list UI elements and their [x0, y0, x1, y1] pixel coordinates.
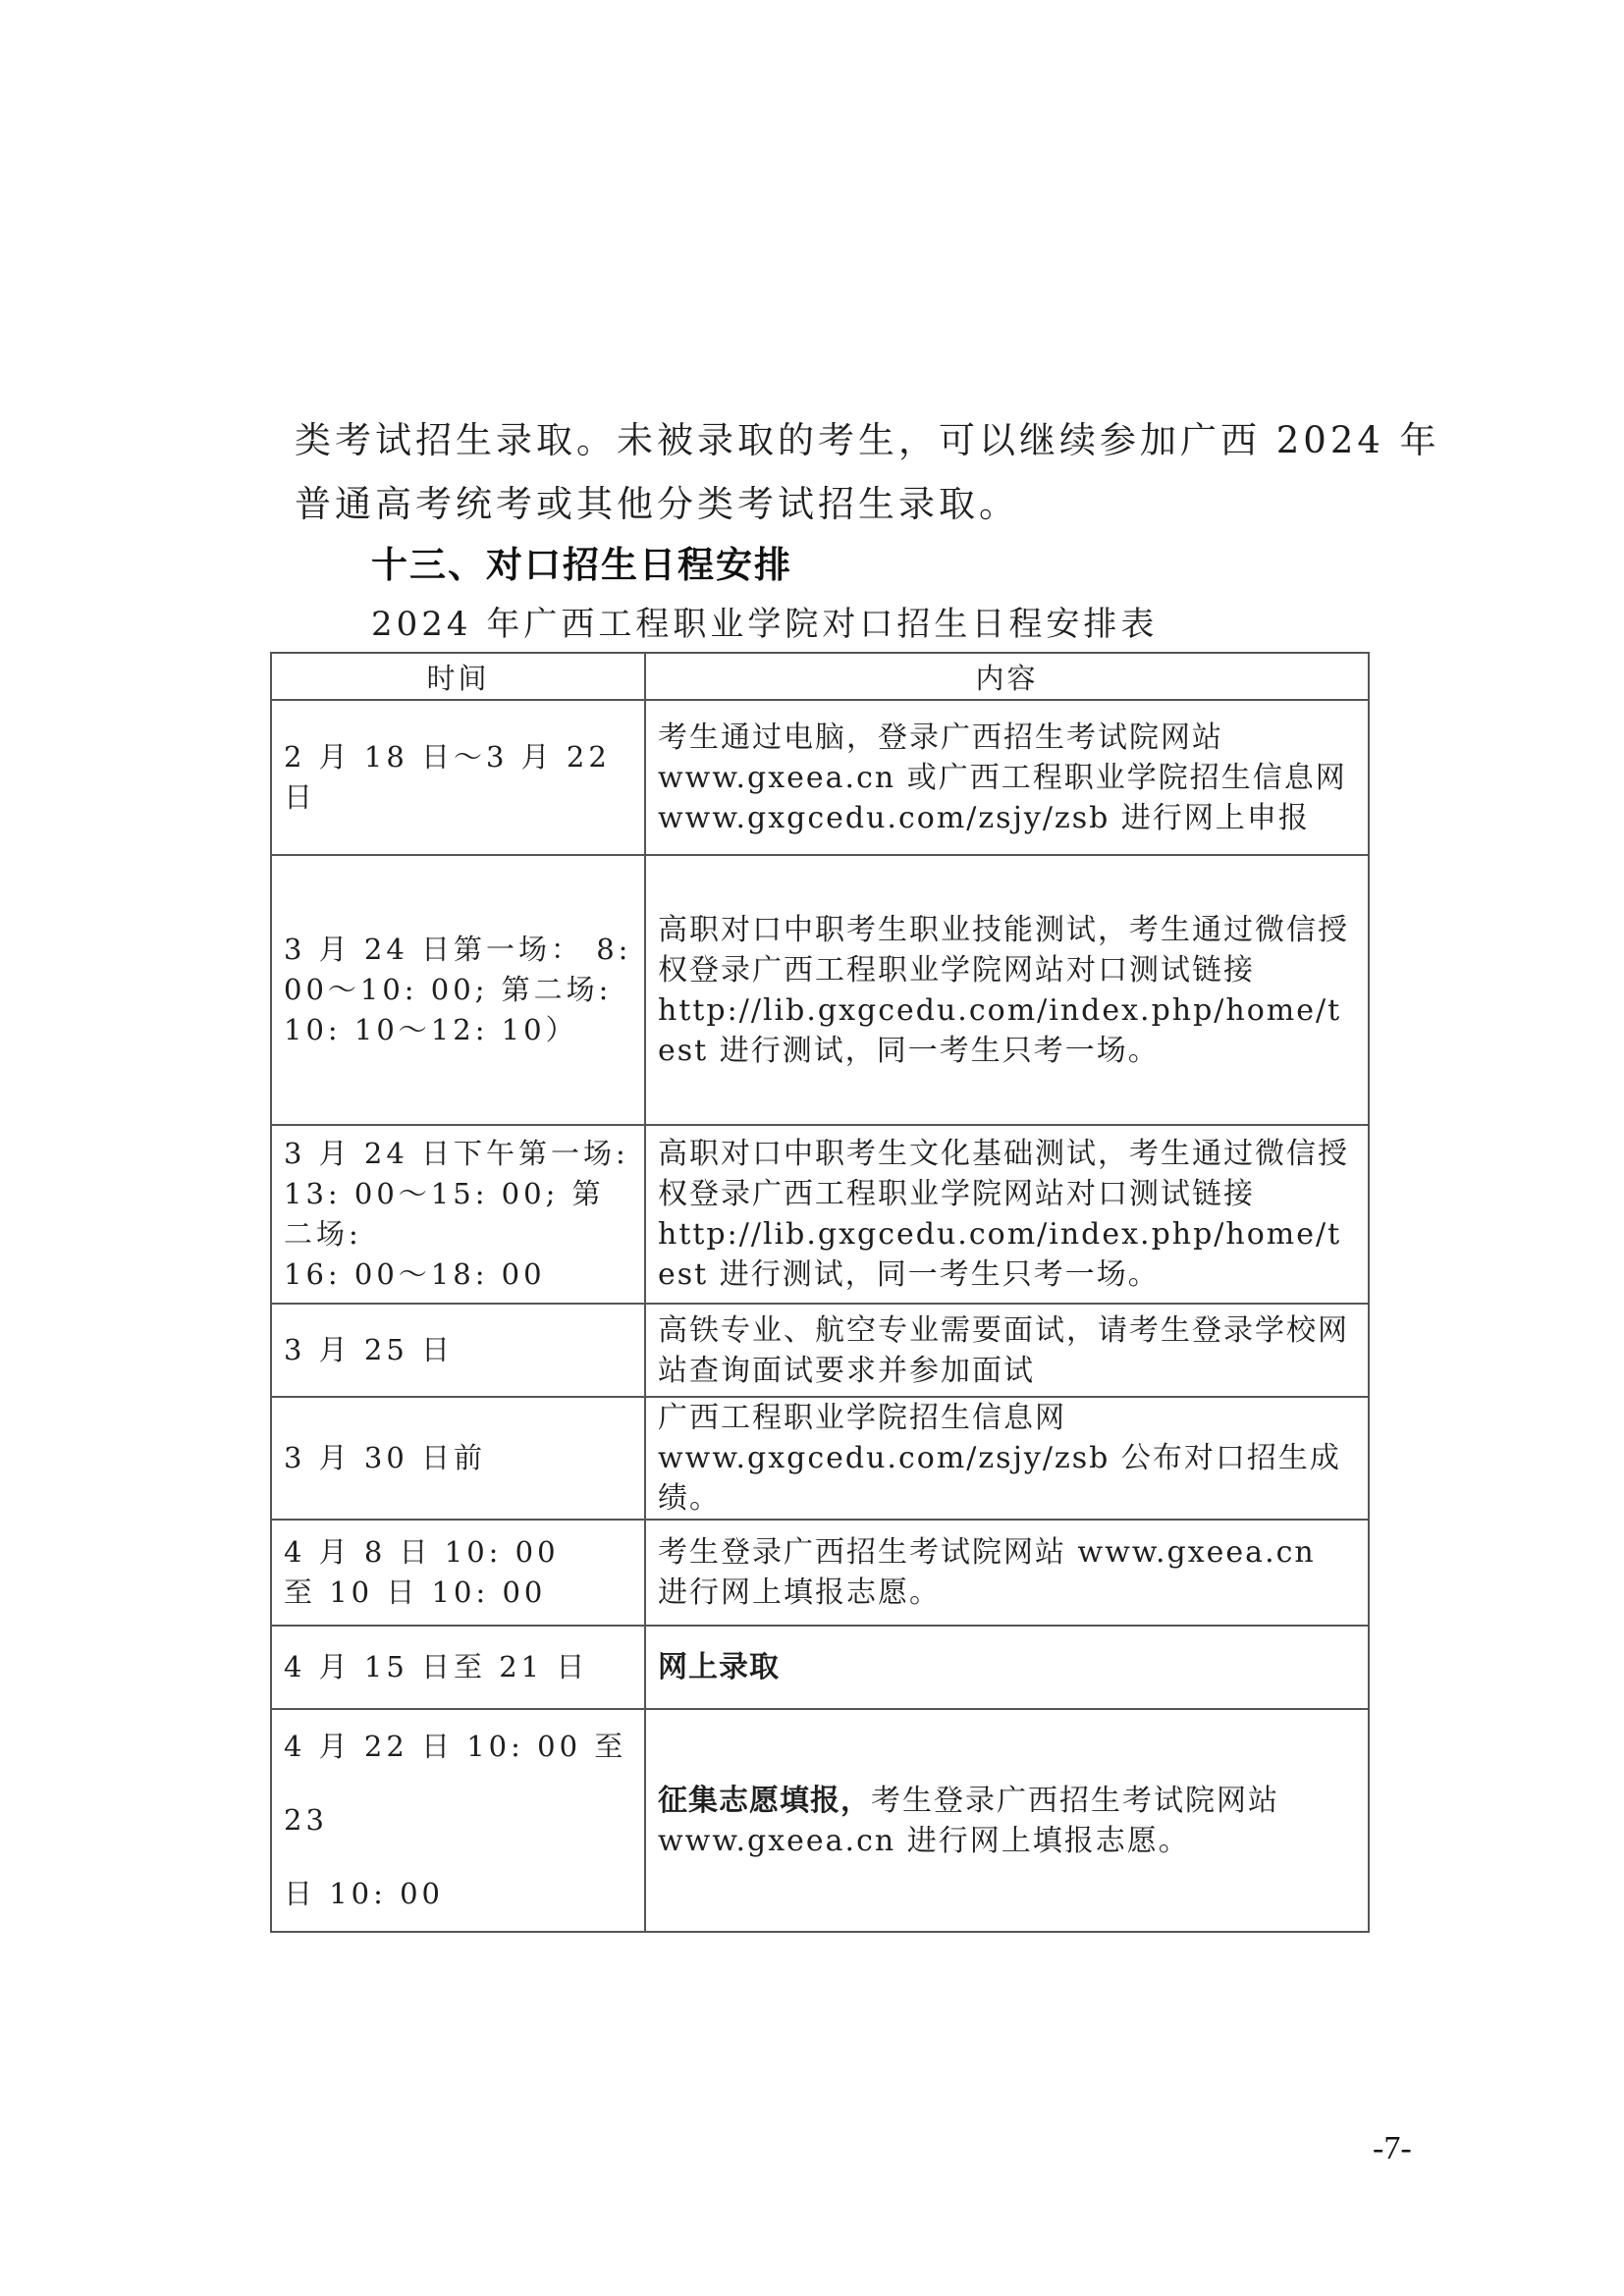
time-cell: 2 月 18 日～3 月 22 日: [271, 700, 645, 855]
content-cell: 高职对口中职考生文化基础测试，考生通过微信授权登录广西工程职业学院网站对口测试链…: [645, 1125, 1369, 1304]
content-text: 考生通过电脑，登录广西招生考试院网站 www.gxeea.cn 或广西工程职业学…: [658, 721, 1347, 835]
table-row: 3 月 24 日第一场： 8: 00～10: 00; 第二场: 10: 10～1…: [271, 855, 1369, 1125]
time-cell: 3 月 24 日下午第一场: 13: 00～15: 00; 第二场: 16: 0…: [271, 1125, 645, 1304]
paragraph-line: 普通高考统考或其他分类考试招生录取。: [295, 481, 1019, 528]
table-row: 4 月 8 日 10: 00 至 10 日 10: 00 考生登录广西招生考试院…: [271, 1520, 1369, 1626]
table-header-row: 时间 内容: [271, 653, 1369, 700]
time-cell: 3 月 25 日: [271, 1304, 645, 1397]
table-row: 4 月 15 日至 21 日 网上录取: [271, 1626, 1369, 1709]
table-row: 4 月 22 日 10: 00 至 23 日 10: 00 征集志愿填报，考生登…: [271, 1709, 1369, 1932]
page-number: -7-: [1373, 2130, 1412, 2167]
time-cell: 4 月 15 日至 21 日: [271, 1626, 645, 1709]
document-page: 类考试招生录取。未被录取的考生，可以继续参加广西 2024 年 普通高考统考或其…: [0, 0, 1624, 2296]
table-row: 3 月 24 日下午第一场: 13: 00～15: 00; 第二场: 16: 0…: [271, 1125, 1369, 1304]
content-cell: 考生登录广西招生考试院网站 www.gxeea.cn 进行网上填报志愿。: [645, 1520, 1369, 1626]
content-cell: 高职对口中职考生职业技能测试，考生通过微信授权登录广西工程职业学院网站对口测试链…: [645, 855, 1369, 1125]
content-cell: 网上录取: [645, 1626, 1369, 1709]
time-cell: 3 月 24 日第一场： 8: 00～10: 00; 第二场: 10: 10～1…: [271, 855, 645, 1125]
table-row: 2 月 18 日～3 月 22 日 考生通过电脑，登录广西招生考试院网站 www…: [271, 700, 1369, 855]
table-caption: 2024 年广西工程职业学院对口招生日程安排表: [371, 603, 1158, 646]
section-heading: 十三、对口招生日程安排: [371, 542, 792, 589]
time-cell: 4 月 8 日 10: 00 至 10 日 10: 00: [271, 1520, 645, 1626]
content-text: 广西工程职业学院招生信息网 www.gxgcedu.com/zsjy/zsb 公…: [658, 1401, 1341, 1516]
content-lead: 网上录取: [658, 1650, 780, 1684]
column-header-content: 内容: [645, 653, 1369, 700]
time-cell: 4 月 22 日 10: 00 至 23 日 10: 00: [271, 1709, 645, 1932]
content-text: 考生登录广西招生考试院网站 www.gxeea.cn 进行网上填报志愿。: [658, 1535, 1316, 1610]
content-lead: 征集志愿填报，: [658, 1784, 871, 1818]
content-cell: 广西工程职业学院招生信息网 www.gxgcedu.com/zsjy/zsb 公…: [645, 1397, 1369, 1520]
content-cell: 考生通过电脑，登录广西招生考试院网站 www.gxeea.cn 或广西工程职业学…: [645, 700, 1369, 855]
column-header-time: 时间: [271, 653, 645, 700]
content-cell: 征集志愿填报，考生登录广西招生考试院网站 www.gxeea.cn 进行网上填报…: [645, 1709, 1369, 1932]
time-cell: 3 月 30 日前: [271, 1397, 645, 1520]
table-row: 3 月 25 日 高铁专业、航空专业需要面试，请考生登录学校网站查询面试要求并参…: [271, 1304, 1369, 1397]
content-text: 高职对口中职考生文化基础测试，考生通过微信授权登录广西工程职业学院网站对口测试链…: [658, 1137, 1349, 1292]
content-text: 高职对口中职考生职业技能测试，考生通过微信授权登录广西工程职业学院网站对口测试链…: [658, 913, 1349, 1068]
table-row: 3 月 30 日前 广西工程职业学院招生信息网 www.gxgcedu.com/…: [271, 1397, 1369, 1520]
paragraph-line: 类考试招生录取。未被录取的考生，可以继续参加广西 2024 年: [295, 417, 1440, 464]
content-cell: 高铁专业、航空专业需要面试，请考生登录学校网站查询面试要求并参加面试: [645, 1304, 1369, 1397]
schedule-table: 时间 内容 2 月 18 日～3 月 22 日 考生通过电脑，登录广西招生考试院…: [270, 652, 1370, 1933]
content-text: 高铁专业、航空专业需要面试，请考生登录学校网站查询面试要求并参加面试: [658, 1313, 1349, 1388]
